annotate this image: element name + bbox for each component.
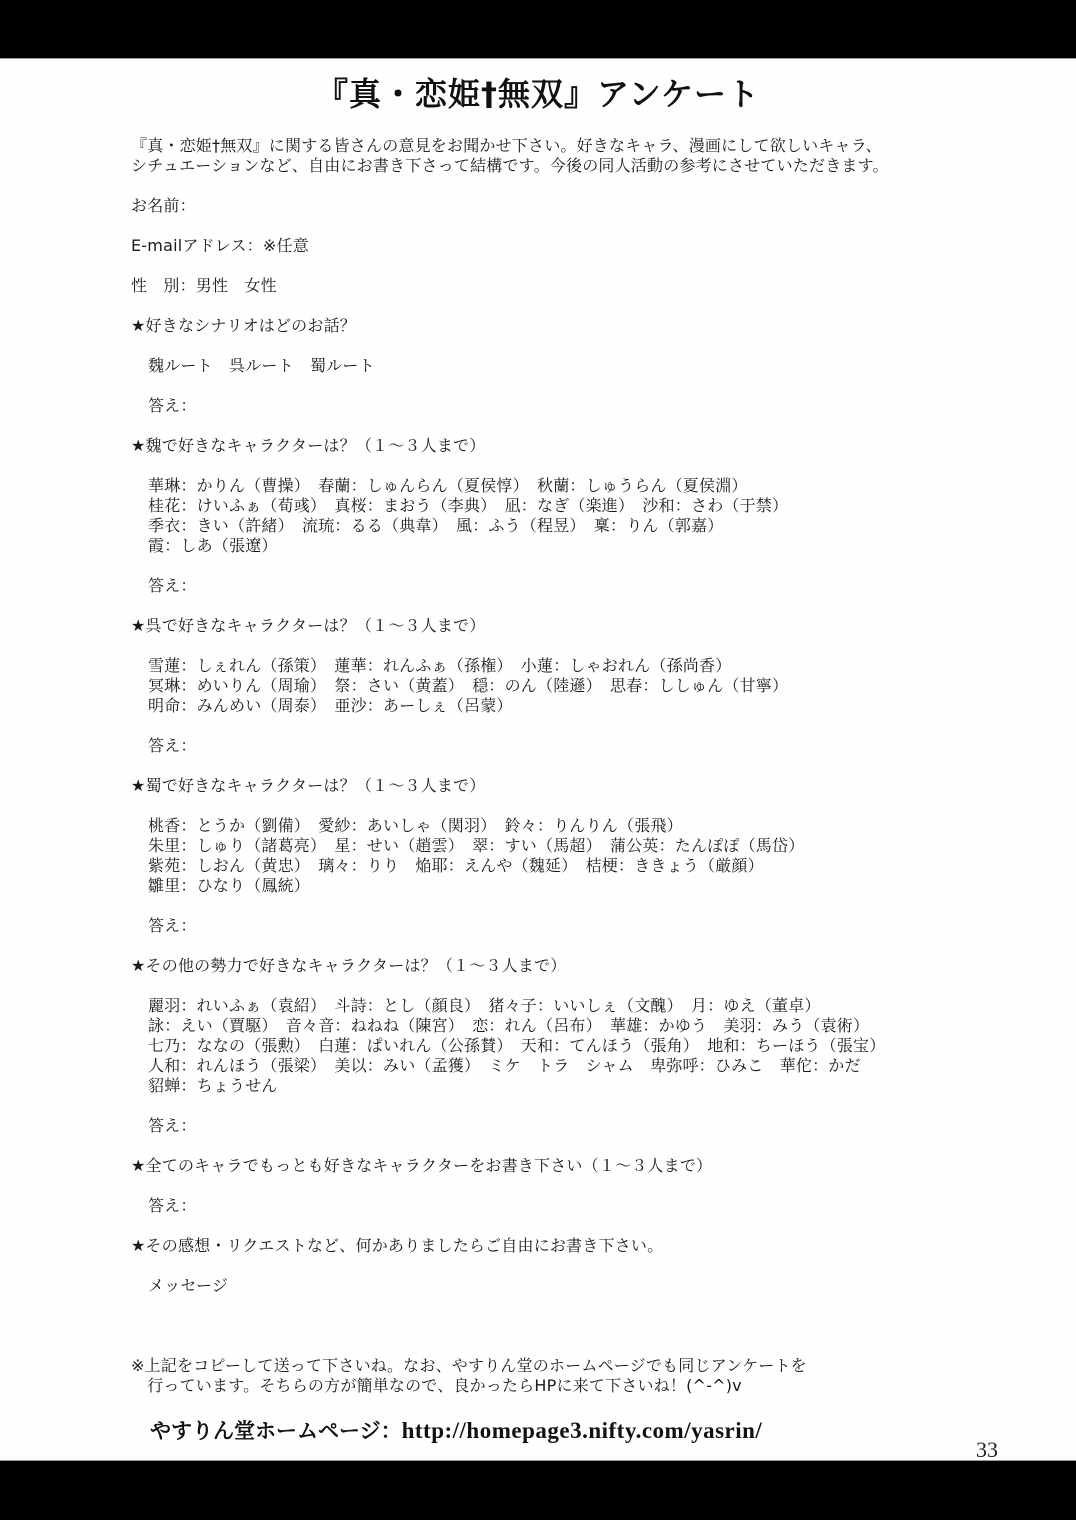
- gender-field-label: 性 別：男性 女性: [131, 276, 277, 296]
- others-character-row: 人和：れんほう（張梁） 美以：みい（孟獲） ミケ トラ シャム 卑弥呼：ひみこ …: [148, 1056, 861, 1076]
- shu-question: ★蜀で好きなキャラクターは？（１～３人まで）: [131, 776, 485, 796]
- others-answer-label: 答え：: [148, 1116, 197, 1136]
- wu-character-row: 明命：みんめい（周泰） 亜沙：あーしぇ（呂蒙）: [148, 696, 513, 716]
- scenario-answer-label: 答え：: [148, 396, 197, 416]
- others-character-row: 詠：えい（賈駆） 音々音：ねねね（陳宮） 恋：れん（呂布） 華雄：かゆう 美羽：…: [148, 1016, 869, 1036]
- wu-character-row: 冥琳：めいりん（周瑜） 祭：さい（黄蓋） 穏：のん（陸遜） 思春：ししゅん（甘寧…: [148, 676, 788, 696]
- page-number: 33: [976, 1437, 998, 1463]
- message-label: メッセージ: [148, 1276, 228, 1296]
- wei-character-row: 華琳：かりん（曹操） 春蘭：しゅんらん（夏侯惇） 秋蘭：しゅうらん（夏侯淵）: [148, 476, 748, 496]
- note-line-2: 行っています。そちらの方が簡単なので、良かったらHPに来て下さいね！(^-^)v: [131, 1376, 742, 1396]
- favorite-all-answer-label: 答え：: [148, 1196, 197, 1216]
- intro-line-2: シチュエーションなど、自由にお書き下さって結構です。今後の同人活動の参考にさせて…: [131, 156, 889, 176]
- favorite-all-question: ★全てのキャラでもっとも好きなキャラクターをお書き下さい（１～３人まで）: [131, 1156, 712, 1176]
- wei-character-row: 桂花：けいふぁ（荀彧） 真桜：まおう（李典） 凪：なぎ（楽進） 沙和：さわ（于禁…: [148, 496, 788, 516]
- name-field-label: お名前：: [131, 196, 196, 216]
- others-character-row: 七乃：ななの（張勲） 白蓮：ぱいれん（公孫賛） 天和：てんほう（張角） 地和：ち…: [148, 1036, 885, 1056]
- wu-character-row: 雪蓮：しぇれん（孫策） 蓮華：れんふぁ（孫権） 小蓮：しゃおれん（孫尚香）: [148, 656, 731, 676]
- wei-question: ★魏で好きなキャラクターは？（１～３人まで）: [131, 436, 485, 456]
- wei-answer-label: 答え：: [148, 576, 197, 596]
- shu-answer-label: 答え：: [148, 916, 197, 936]
- bottom-black-bar: [0, 1461, 1076, 1520]
- comments-question: ★その感想・リクエストなど、何かありましたらご自由にお書き下さい。: [131, 1236, 663, 1256]
- page-title: 『真・恋姫†無双』アンケート: [0, 74, 1076, 114]
- scenario-question: ★好きなシナリオはどのお話？: [131, 316, 356, 336]
- shu-character-row: 紫苑：しおん（黄忠） 璃々：りり 焔耶：えんや（魏延） 桔梗：ききょう（厳顔）: [148, 856, 764, 876]
- homepage-label: やすりん堂ホームページ：: [150, 1418, 402, 1443]
- intro-line-1: 『真・恋姫†無双』に関する皆さんの意見をお聞かせ下さい。好きなキャラ、漫画にして…: [131, 136, 882, 156]
- homepage-url: http://homepage3.nifty.com/yasrin/: [402, 1418, 763, 1443]
- others-question: ★その他の勢力で好きなキャラクターは？（１～３人まで）: [131, 956, 566, 976]
- shu-character-row: 桃香：とうか（劉備） 愛紗：あいしゃ（関羽） 鈴々：りんりん（張飛）: [148, 816, 683, 836]
- email-field-label: E-mailアドレス：※任意: [131, 236, 309, 256]
- note-line-1: ※上記をコピーして送って下さいね。なお、やすりん堂のホームページでも同じアンケー…: [131, 1356, 807, 1376]
- others-character-row: 貂蝉：ちょうせん: [148, 1076, 278, 1096]
- scenario-options: 魏ルート 呉ルート 蜀ルート: [148, 356, 375, 376]
- top-black-bar: [0, 0, 1076, 58]
- wei-character-row: 季衣：きい（許緒） 流琉：るる（典韋） 風：ふう（程昱） 稟：りん（郭嘉）: [148, 516, 723, 536]
- homepage-line: やすりん堂ホームページ：http://homepage3.nifty.com/y…: [150, 1418, 762, 1444]
- others-character-row: 麗羽：れいふぁ（袁紹） 斗詩：とし（顔良） 猪々子：いいしぇ（文醜） 月：ゆえ（…: [148, 996, 821, 1016]
- wu-answer-label: 答え：: [148, 736, 197, 756]
- wei-character-row: 霞：しあ（張遼）: [148, 536, 278, 556]
- shu-character-row: 朱里：しゅり（諸葛亮） 星：せい（趙雲） 翠：すい（馬超） 蒲公英：たんぽぽ（馬…: [148, 836, 804, 856]
- shu-character-row: 雛里：ひなり（鳳統）: [148, 876, 310, 896]
- wu-question: ★呉で好きなキャラクターは？（１～３人まで）: [131, 616, 485, 636]
